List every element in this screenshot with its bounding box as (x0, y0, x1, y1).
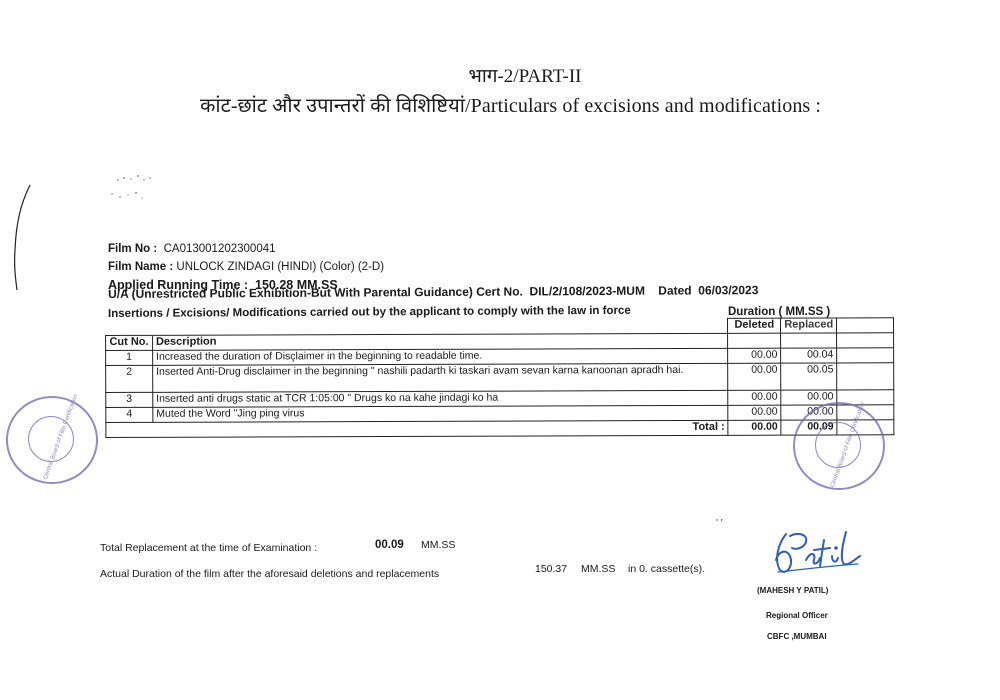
total-replacement-unit: MM.SS (421, 539, 455, 551)
certificate-line: U/A (Unrestricted Public Exhibition-But … (108, 283, 758, 301)
duration-heading: Duration ( MM.SS ) (728, 306, 830, 318)
film-name-label: Film Name : (108, 261, 173, 273)
tick-mark: ' ' (716, 518, 723, 529)
film-no-value: CA013001202300041 (164, 243, 276, 255)
cut-number: 1 (106, 350, 153, 365)
deleted-duration: 00.00 (728, 390, 781, 405)
total-replacement-label: Total Replacement at the time of Examina… (100, 542, 317, 554)
column-header-replaced: Replaced (781, 318, 837, 333)
film-name-value: UNLOCK ZINDAGI (HINDI) (Color) (2-D) (176, 261, 384, 273)
film-name: Film Name : UNLOCK ZINDAGI (HINDI) (Colo… (108, 261, 384, 273)
replaced-duration: 00.04 (781, 348, 837, 363)
excisions-table: Deleted Replaced Cut No. Description 1 I… (105, 317, 894, 438)
film-number: Film No : CA013001202300041 (108, 243, 276, 255)
signatory-title: Regional Officer (766, 611, 828, 620)
cut-number: 3 (106, 392, 153, 407)
signatory-name: (MAHESH Y PATIL) (757, 586, 828, 595)
replaced-duration: 00.05 (781, 363, 837, 390)
cassette-count-text: in 0. cassette(s). (628, 563, 705, 575)
total-replacement-value: 00.09 (375, 539, 404, 551)
column-header-deleted: Deleted (728, 318, 781, 333)
cut-number: 4 (106, 407, 153, 422)
certificate-date: 06/03/2023 (698, 283, 758, 297)
dated-label: Dated (658, 283, 691, 297)
table-row: 2 Inserted Anti-Drug disclaimer in the b… (106, 363, 894, 393)
cut-number: 2 (106, 365, 153, 392)
scan-noise-marks (98, 170, 168, 210)
total-deleted: 00.00 (728, 420, 781, 435)
table-total-row: Total : 00.00 00.09 (106, 420, 894, 438)
handwritten-signature (768, 526, 868, 581)
signatory-office: CBFC ,MUMBAI (767, 632, 827, 641)
film-no-label: Film No : (108, 243, 157, 255)
official-seal-stamp-left: Central Board of Film Certification (6, 396, 98, 484)
cut-description: Inserted Anti-Drug disclaimer in the beg… (153, 363, 729, 392)
deleted-duration: 00.00 (728, 348, 781, 363)
column-header-cut-no: Cut No. (106, 335, 153, 350)
certificate-category: U/A (Unrestricted Public Exhibition-But … (108, 284, 523, 301)
actual-duration-value: 150.37 (535, 563, 567, 575)
document-title: कांट-छांट और उपान्तरों की विशिष्टियां/Pa… (200, 91, 821, 118)
deleted-duration: 00.00 (728, 405, 781, 420)
deleted-duration: 00.00 (728, 363, 781, 390)
official-seal-stamp-right: Central Board of Film Certification (793, 402, 885, 490)
certificate-number: DIL/2/108/2023-MUM (529, 284, 644, 299)
total-label: Total : (106, 420, 728, 437)
pen-scribble-mark (6, 180, 36, 300)
actual-duration-label: Actual Duration of the film after the af… (100, 568, 439, 580)
actual-duration-unit: MM.SS (581, 563, 615, 575)
part-title: भाग-2/PART-II (0, 62, 1000, 88)
